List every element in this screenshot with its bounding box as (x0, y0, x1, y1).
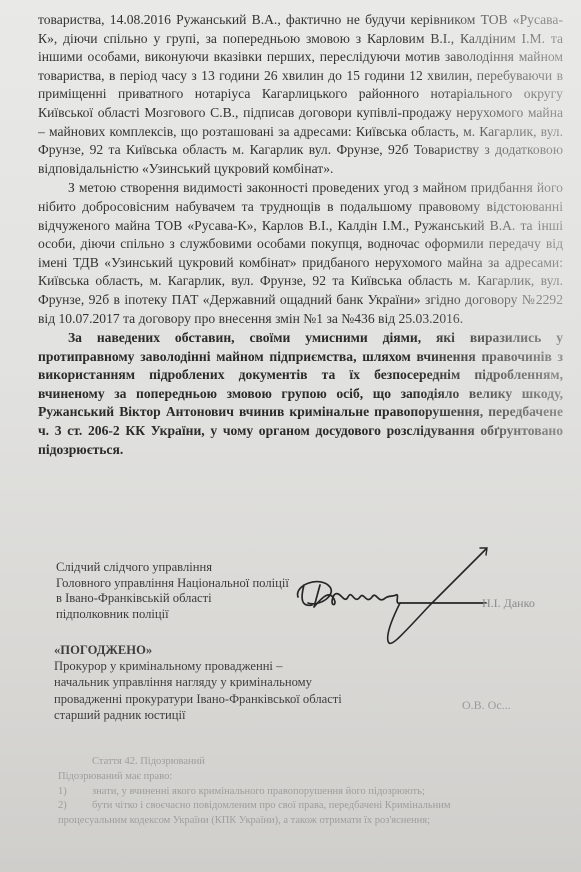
footer-line: Підозрюваний має право: (58, 770, 563, 785)
approval-line: провадженні прокуратури Івано-Франківськ… (54, 691, 342, 707)
text-line: 25.03.2016. (399, 311, 464, 326)
prosecutor-name: О.В. Ос... (462, 698, 511, 713)
text-line: товариства, 14.08.2016 Ружанський В.А., … (38, 12, 508, 27)
footer-line: процесуальним кодексом України (КПК Укра… (58, 814, 563, 829)
approval-block: «ПОГОДЖЕНО» Прокурор у кримінальному про… (54, 642, 342, 723)
approval-title: «ПОГОДЖЕНО» (54, 642, 342, 658)
handwritten-signature-icon (290, 545, 500, 655)
footer-line: 2)бути чітко і своєчасно повідомленим пр… (58, 799, 563, 814)
text-line: протиправному заволодінні майном підприє… (38, 349, 476, 364)
approval-line: начальник управління нагляду у криміналь… (54, 674, 342, 690)
footer-line: 1)знати, у вчиненні якого кримінального … (58, 785, 563, 800)
text-line: За наведених обставин, своїми умисними д… (68, 330, 563, 345)
text-line: З метою створення видимості законності п… (68, 180, 467, 195)
signatory-line: в Івано-Франківській області (56, 591, 289, 607)
approval-line: Прокурор у кримінальному провадженні – (54, 658, 342, 674)
document-body: товариства, 14.08.2016 Ружанський В.А., … (38, 11, 563, 459)
footer-line: Стаття 42. Підозрюваний (58, 755, 563, 770)
paragraph-2: З метою створення видимості законності п… (38, 179, 563, 328)
signatory-line: Слідчий слідчого управління (56, 560, 289, 576)
signatory-line: підполковник поліції (56, 607, 289, 623)
approval-line: старший радник юстиції (54, 707, 342, 723)
suspect-rights-footer: Стаття 42. Підозрюваний Підозрюваний має… (58, 755, 563, 829)
text-line: область, м. Кагарлик, вул. Фрунзе, 92 та… (95, 273, 534, 288)
signatory-line: Головного управління Національної поліці… (56, 576, 289, 592)
paragraph-1: товариства, 14.08.2016 Ружанський В.А., … (38, 11, 563, 178)
document-page: товариства, 14.08.2016 Ружанський В.А., … (0, 0, 581, 872)
paragraph-3-conclusion: За наведених обставин, своїми умисними д… (38, 329, 563, 459)
investigator-signature-block: Слідчий слідчого управління Головного уп… (56, 560, 289, 622)
text-line: Фрунзе, 92 та Київська область м. Кагарл… (38, 142, 490, 157)
text-line: комплексів, що розташовані за адресами: … (110, 124, 563, 139)
investigator-name: Н.І. Данко (482, 596, 535, 611)
